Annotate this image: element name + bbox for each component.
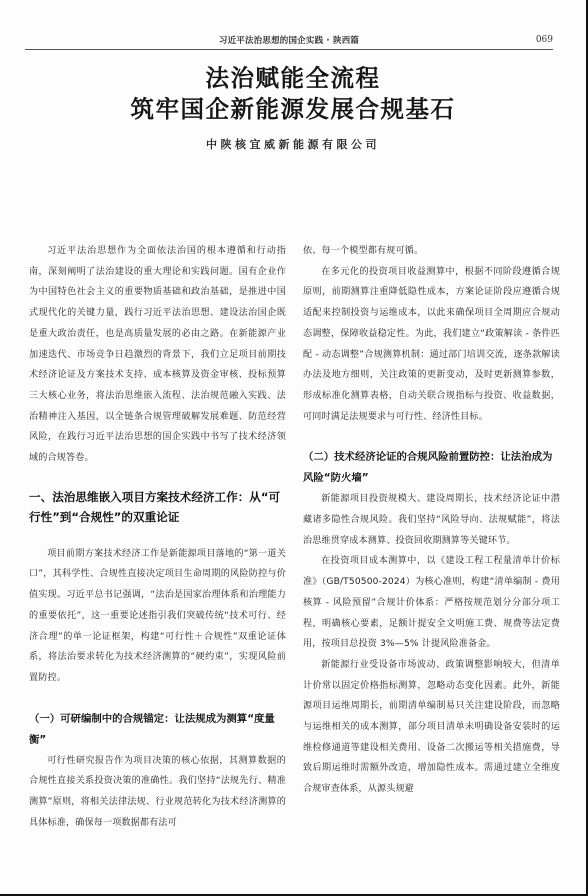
section-1-heading: 一、法治思维嵌入项目方案技术经济工作：从“可行性”到“合规性”的双重论证 (29, 487, 286, 528)
paragraph-market-volatility: 新能源行业受设备市场波动、政策调整影响较大，但清单计价常以固定价格指标测算，忽略… (303, 655, 560, 800)
section-1-paragraph: 项目前期方案技术经济工作是新能源项目落地的“第一道关口”，其科学性、合规性直接决… (29, 544, 286, 689)
subsection-2-heading: （二）技术经济论证的合规风险前置防控：让法治成为风险“防火墙” (303, 447, 560, 489)
running-header: 习近平法治思想的国企实践 · 陕西篇 069 (25, 34, 553, 50)
left-column: 习近平法治思想作为全面依法治国的根本遵循和行动指南，深刻阐明了法治建设的重大理论… (29, 241, 286, 833)
right-column: 依、每一个模型都有规可循。 在多元化的投资项目收益测算中，根据不同阶段遵循合规原… (303, 241, 560, 800)
subsection-1-paragraph: 可行性研究报告作为项目决策的核心依据，其测算数据的合规性直接关系投资决策的准确性… (29, 751, 286, 834)
continued-paragraph: 依、每一个模型都有规可循。 (303, 241, 560, 262)
document-page: 习近平法治思想的国企实践 · 陕西篇 069 法治赋能全流程 筑牢国企新能源发展… (0, 0, 588, 896)
subsection-1-heading: （一）可研编制中的合规锚定：让法规成为测算“度量衡” (29, 709, 286, 751)
intro-paragraph: 习近平法治思想作为全面依法治国的根本遵循和行动指南，深刻阐明了法治建设的重大理论… (29, 241, 286, 469)
article-title-block: 法治赋能全流程 筑牢国企新能源发展合规基石 中陕核宜威新能源有限公司 (0, 63, 586, 152)
paragraph-risk-control: 新能源项目投资规模大、建设周期长，技术经济论证中潜藏诸多隐性合规风险。我们坚持“… (303, 489, 560, 551)
running-title: 习近平法治思想的国企实践 · 陕西篇 (25, 34, 553, 46)
page-number: 069 (536, 35, 553, 45)
article-author: 中陕核宜威新能源有限公司 (0, 136, 586, 152)
paragraph-revenue-calculation: 在多元化的投资项目收益测算中，根据不同阶段遵循合规原则，前期测算注重降低隐性成本… (303, 262, 560, 428)
article-title-line-2: 筑牢国企新能源发展合规基石 (0, 94, 586, 125)
article-title-line-1: 法治赋能全流程 (0, 63, 586, 94)
paragraph-cost-calculation: 在投资项目成本测算中，以《建设工程工程量清单计价标准》（GB/T50500-20… (303, 551, 560, 655)
